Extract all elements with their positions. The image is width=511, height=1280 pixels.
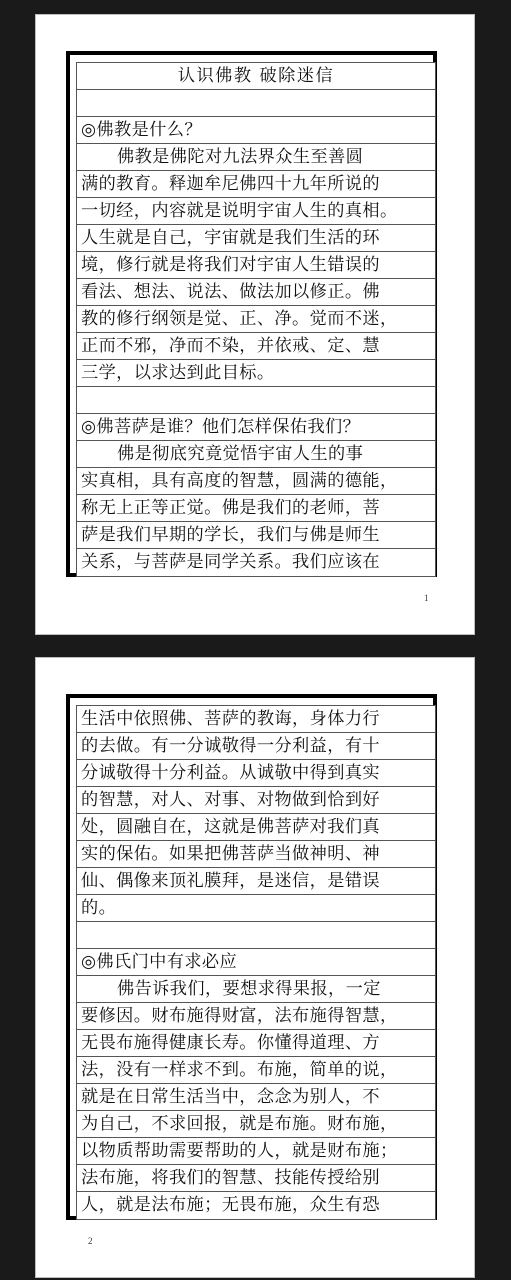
paragraph-line: 境，修行就是将我们对宇宙人生错误的: [77, 252, 435, 279]
paragraph-line: 三学，以求达到此目标。: [77, 360, 435, 387]
paragraph-line: 正而不邪，净而不染，并依戒、定、慧: [77, 333, 435, 360]
paragraph-line: 分诚敬得十分利益。从诚敬中得到真实: [77, 760, 435, 787]
blank-row: [77, 387, 435, 414]
paragraph-line: 关系，与菩萨是同学关系。我们应该在: [77, 549, 435, 576]
paragraph-line: 实的保佑。如果把佛菩萨当做神明、神: [77, 841, 435, 868]
paragraph-line: 佛是彻底究竟觉悟宇宙人生的事: [77, 441, 435, 468]
lined-text-table: 生活中依照佛、菩萨的教诲，身体力行 的去做。有一分诚敬得一分利益，有十 分诚敬得…: [76, 705, 436, 1220]
paragraph-line: 人，就是法布施；无畏布施，众生有恐: [77, 1192, 435, 1219]
paragraph-line: 为自己，不求回报，就是布施。财布施，: [77, 1111, 435, 1138]
paragraph-line: 的去做。有一分诚敬得一分利益，有十: [77, 733, 435, 760]
document-page-1: 认识佛教 破除迷信 ◎佛教是什么？ 佛教是佛陀对九法界众生至善圆 满的教育。释迦…: [36, 15, 474, 634]
page-number: 1: [424, 593, 429, 603]
paragraph-line: 就是在日常生活当中，念念为别人，不: [77, 1084, 435, 1111]
paragraph-line: 看法、想法、说法、做法加以修正。佛: [77, 279, 435, 306]
page-number: 2: [88, 1236, 93, 1246]
paragraph-line: 满的教育。释迦牟尼佛四十九年所说的: [77, 171, 435, 198]
blank-row: [77, 922, 435, 949]
lined-text-table: 认识佛教 破除迷信 ◎佛教是什么？ 佛教是佛陀对九法界众生至善圆 满的教育。释迦…: [76, 62, 436, 577]
paragraph-line: 法布施，将我们的智慧、技能传授给别: [77, 1165, 435, 1192]
section-heading: ◎佛氏门中有求必应: [77, 949, 435, 976]
blank-row: [77, 90, 435, 117]
paragraph-line: 人生就是自己，宇宙就是我们生活的环: [77, 225, 435, 252]
document-page-2: 生活中依照佛、菩萨的教诲，身体力行 的去做。有一分诚敬得一分利益，有十 分诚敬得…: [36, 658, 474, 1277]
paragraph-line: 法，没有一样求不到。布施，简单的说，: [77, 1057, 435, 1084]
paragraph-line: 萨是我们早期的学长，我们与佛是师生: [77, 522, 435, 549]
paragraph-line: 实真相，具有高度的智慧，圆满的德能，: [77, 468, 435, 495]
section-heading: ◎佛菩萨是谁？他们怎样保佑我们？: [77, 414, 435, 441]
paragraph-line: 佛告诉我们，要想求得果报，一定: [77, 976, 435, 1003]
paragraph-line: 要修因。财布施得财富，法布施得智慧，: [77, 1003, 435, 1030]
section-heading: ◎佛教是什么？: [77, 117, 435, 144]
paragraph-line: 无畏布施得健康长寿。你懂得道理、方: [77, 1030, 435, 1057]
paragraph-line: 教的修行纲领是觉、正、净。觉而不迷，: [77, 306, 435, 333]
paragraph-line: 一切经，内容就是说明宇宙人生的真相。: [77, 198, 435, 225]
paragraph-line: 的。: [77, 895, 435, 922]
paragraph-line: 称无上正等正觉。佛是我们的老师，菩: [77, 495, 435, 522]
paragraph-line: 佛教是佛陀对九法界众生至善圆: [77, 144, 435, 171]
paragraph-line: 仙、偶像来顶礼膜拜，是迷信，是错误: [77, 868, 435, 895]
paragraph-line: 处，圆融自在，这就是佛菩萨对我们真: [77, 814, 435, 841]
paragraph-line: 生活中依照佛、菩萨的教诲，身体力行: [77, 706, 435, 733]
paragraph-line: 以物质帮助需要帮助的人，就是财布施；: [77, 1138, 435, 1165]
document-title: 认识佛教 破除迷信: [77, 63, 435, 90]
paragraph-line: 的智慧，对人、对事、对物做到恰到好: [77, 787, 435, 814]
